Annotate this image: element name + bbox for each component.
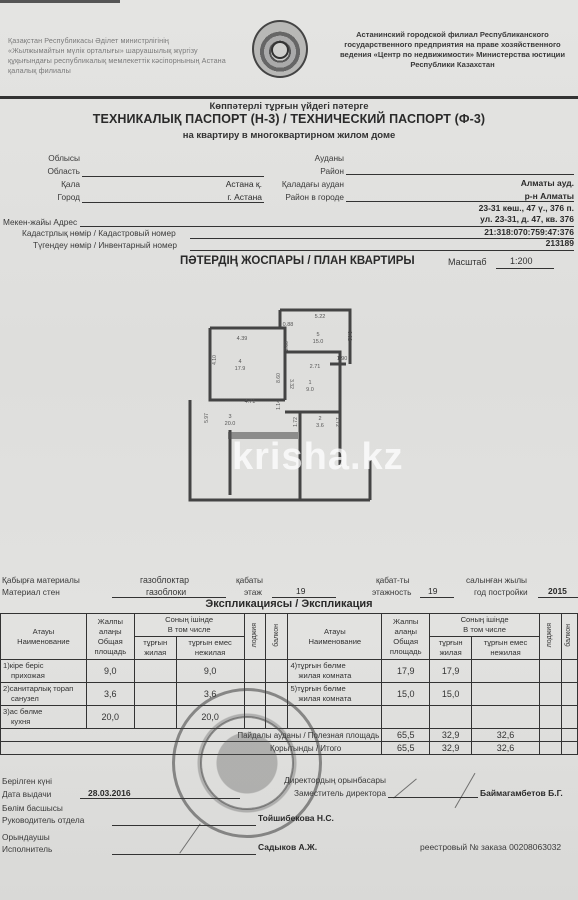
address-label: Мекен-жайы Адрес [3,217,77,227]
room-name-kz: 4)тұрғын бөлме [290,661,379,671]
deputy-signature-stroke [455,773,476,808]
room-name-kz: 2)санитарлық торап [3,684,84,694]
head-label-kz: Бөлім басшысы [2,803,63,813]
room-balcony [561,706,577,729]
deputy-label-ru: Заместитель директора [250,788,386,798]
col-name-2: Атауы Наименование [288,614,382,660]
head-name: Тойшибекова Н.С. [258,813,334,823]
document-title: ТЕХНИКАЛЫҚ ПАСПОРТ (Н-3) / ТЕХНИЧЕСКИЙ П… [0,112,578,126]
header-left-line: Қазақстан Республикасы Әділет министрліг… [8,36,238,46]
useful-area-total: 65,5 [382,729,430,742]
grand-total-total: 65,5 [382,742,430,755]
room-living [134,660,176,683]
svg-text:1.72: 1.72 [334,417,340,427]
top-edge-line [0,0,120,3]
svg-text:4: 4 [238,359,241,365]
scale-label: Масштаб [448,257,487,267]
room-name-ru: жилая комната [290,671,379,681]
explication-header-row: Атауы Наименование Жалпы алаңы Общая пло… [1,614,578,637]
svg-text:8.60: 8.60 [276,373,282,383]
col-including-2: Соның ішінде В том числе [430,614,540,637]
rayon-label-kz: Ауданы [280,153,344,163]
deputy-label-kz: Директордың орынбасары [250,775,386,785]
header-left-line: құқығындағы республикалық мемлекеттік кә… [8,56,238,76]
room-name-kz: 1)кіре беріс [3,661,84,671]
col-nonliving: тұрғын емес нежилая [176,637,244,660]
inventory-field-line [190,250,574,251]
header-balcony-text: балкон [272,624,282,647]
col-living-2: тұрғын жилая [430,637,472,660]
header-divider [0,96,578,99]
col-loggia: лоджия [244,614,266,660]
room-total: 9,0 [86,660,134,683]
header-right-line: Астанинский городской филиал Республикан… [330,30,575,40]
city-value-ru: г. Астана [200,192,262,202]
plan-title: ПӘТЕРДІҢ ЖОСПАРЫ / ПЛАН КВАРТИРЫ [180,255,415,267]
svg-text:15.0: 15.0 [313,339,324,345]
col-name: Атауы Наименование [1,614,87,660]
oblast-label-ru: Область [20,166,80,176]
header-right-line: ведения «Центр по недвижимости» Министер… [330,50,575,60]
city-label-kz: Қала [20,179,80,189]
header-including-text: Соның ішінде В том числе [461,615,509,634]
year-value: 2015 [548,586,567,596]
room-living [430,706,472,729]
head-label-ru: Руководитель отдела [2,815,84,825]
svg-text:2: 2 [318,416,321,422]
floor-label-ru: этаж [244,587,262,597]
svg-text:17.9: 17.9 [235,366,246,372]
room-nonliving [472,683,540,706]
room-balcony [561,683,577,706]
room-name: 5)тұрғын бөлмежилая комната [288,683,382,706]
executor-name: Садыков А.Ж. [258,842,317,852]
svg-text:3: 3 [228,414,231,420]
title-subtitle-kz: Көппәтерлі тұрғын үйдегі пәтерге [0,101,578,112]
header-balcony-text: балкон [564,624,574,647]
room-total [382,706,430,729]
room-total: 15,0 [382,683,430,706]
room-name: 3)ас бөлмекухня [1,706,87,729]
svg-text:4.71: 4.71 [245,399,256,405]
room-name-ru: санузел [3,694,84,704]
svg-text:4.10: 4.10 [212,355,218,365]
header-loggia-text: лоджия [250,623,260,647]
col-nonliving-2: тұрғын емес нежилая [472,637,540,660]
grand-total-nonliving: 32,6 [472,742,540,755]
svg-text:0.88: 0.88 [283,322,294,328]
room-name-kz: 5)тұрғын бөлме [290,684,379,694]
room-name: 2)санитарлық торапсанузел [1,683,87,706]
floors-total-label-kz: қабат-ты [376,575,410,585]
useful-area-nonliving: 32,6 [472,729,540,742]
room-loggia [539,660,561,683]
rayon-field-line [346,174,574,175]
rayon-label-ru: Район [280,166,344,176]
cadastral-value: 21:318:070:759:47:376 [400,227,574,237]
city-district-label-kz: Қаладағы аудан [260,179,344,189]
address-value-ru: ул. 23-31, д. 47, кв. 376 [400,214,574,224]
city-field-line [82,202,264,203]
header-living-text: тұрғын жилая [439,638,463,657]
empty-cell [561,742,577,755]
header-including-text: Соның ішінде В том числе [165,615,213,634]
room-balcony [561,660,577,683]
wall-material-label-ru: Материал стен [2,587,60,597]
deputy-name: Баймагамбетов Б.Г. [480,788,563,798]
room-name-kz: 3)ас бөлме [3,707,84,717]
city-district-value-ru: р-н Алматы [470,191,574,201]
city-district-value-kz: Алматы ауд. [470,178,574,188]
col-balcony-2: балкон [561,614,577,660]
svg-text:3.82: 3.82 [346,331,352,341]
svg-text:3.32: 3.32 [288,379,294,389]
inventory-value: 213189 [400,238,574,248]
svg-text:1.14: 1.14 [276,400,282,410]
issue-date-field-line [80,798,240,799]
issue-date-value: 28.03.2016 [88,788,131,798]
floor-value: 19 [296,586,305,596]
city-value-kz: Астана қ. [200,179,262,189]
technical-passport-document: Қазақстан Республикасы Әділет министрліг… [0,0,578,900]
header-right-line: государственного предприятия на праве хо… [330,40,575,50]
city-district-label-ru: Район в городе [260,192,344,202]
col-loggia-2: лоджия [539,614,561,660]
wall-material-value-ru: газоблоки [146,587,186,597]
address-value-kz: 23-31 көш., 47 ү., 376 п. [400,203,574,213]
header-left-org-kz: Қазақстан Республикасы Әділет министрліг… [8,36,238,76]
executor-signature [179,823,200,853]
header-right-line: Республики Казахстан [330,60,575,70]
room-loggia [539,683,561,706]
inventory-label: Түгендеу нөмір / Инвентарный номер [33,240,177,250]
title-subtitle-ru: на квартиру в многоквартирном жилом доме [0,130,578,141]
watermark: krisha.kz [232,436,404,479]
executor-signature-line [112,854,256,855]
room-nonliving [472,660,540,683]
order-number: реестровый № заказа 00208063032 [420,842,561,852]
room-name: 4)тұрғын бөлмежилая комната [288,660,382,683]
empty-cell [539,742,561,755]
room-living [134,683,176,706]
plan-dim: 5.22 [315,314,326,320]
city-label-ru: Город [20,192,80,202]
room-name: 1)кіре берісприхожая [1,660,87,683]
wall-material-value-kz: газоблоктар [140,575,189,585]
empty-cell [561,729,577,742]
empty-cell [539,729,561,742]
header-nonliving-text: тұрғын емес нежилая [188,638,232,657]
year-label-ru: год постройки [474,587,528,597]
svg-text:2.00: 2.00 [284,341,290,351]
room-living: 15,0 [430,683,472,706]
oblast-field-line [82,176,264,177]
header-total-text: Жалпы алаңы Общая площадь [390,617,422,656]
svg-text:3.6: 3.6 [316,423,324,429]
header-name-text: Атауы Наименование [17,627,70,646]
executor-label-kz: Орындаушы [2,832,50,842]
svg-text:9.0: 9.0 [306,387,314,393]
deputy-signature-line [388,797,478,798]
room-living: 17,9 [430,660,472,683]
header-nonliving-text: тұрғын емес нежилая [484,638,528,657]
year-label-kz: салынған жылы [466,575,527,585]
head-signature-line [112,825,256,826]
wall-material-label-kz: Қабырға материалы [2,575,80,585]
room-living [134,706,176,729]
scale-value: 1:200 [510,256,533,266]
col-living: тұрғын жилая [134,637,176,660]
svg-text:1: 1 [308,380,311,386]
header-name-text: Атауы Наименование [309,627,362,646]
header-loggia-text: лоджия [545,623,555,647]
oblast-label-kz: Облысы [20,153,80,163]
floors-total-value: 19 [428,586,437,596]
col-balcony: балкон [266,614,288,660]
header-total-text: Жалпы алаңы Общая площадь [94,617,126,656]
deputy-signature [393,778,417,798]
col-total-2: Жалпы алаңы Общая площадь [382,614,430,660]
state-emblem-center-icon [271,41,289,59]
executor-label-ru: Исполнитель [2,844,52,854]
header-left-line: «Жылжымайтын мүлік орталығы» шаруашылық … [8,46,238,56]
svg-text:5: 5 [316,332,319,338]
room-total: 20,0 [86,706,134,729]
col-including: Соның ішінде В том числе [134,614,244,637]
issue-date-label-ru: Дата выдачи [2,789,51,799]
room-name-ru: кухня [3,717,84,727]
useful-area-living: 32,9 [430,729,472,742]
svg-text:4.39: 4.39 [237,336,248,342]
room-balcony [266,660,288,683]
svg-text:1.72: 1.72 [293,417,299,427]
explication-title: Экспликациясы / Экспликация [0,598,578,610]
svg-text:5.97: 5.97 [204,413,210,423]
room-total: 3,6 [86,683,134,706]
svg-text:1.90: 1.90 [337,356,348,362]
city-district-field-line [346,201,574,202]
floors-total-label-ru: этажность [372,587,411,597]
grand-total-living: 32,9 [430,742,472,755]
room-loggia [539,706,561,729]
cadastral-label: Кадастрлық нөмір / Кадастровый номер [22,228,176,238]
header-right-org-ru: Астанинский городской филиал Республикан… [330,30,575,70]
room-nonliving [472,706,540,729]
header-living-text: тұрғын жилая [143,638,167,657]
table-row: 1)кіре берісприхожая 9,0 9,0 4)тұрғын бө… [1,660,578,683]
scale-field-line [496,268,554,269]
issue-date-label-kz: Берілген күні [2,776,52,786]
svg-text:2.71: 2.71 [310,364,321,370]
svg-text:20.0: 20.0 [225,421,236,427]
col-total: Жалпы алаңы Общая площадь [86,614,134,660]
floor-label-kz: қабаты [236,575,263,585]
room-total: 17,9 [382,660,430,683]
room-nonliving: 9,0 [176,660,244,683]
room-loggia [244,660,266,683]
room-name-ru: прихожая [3,671,84,681]
room-name-ru: жилая комната [290,694,379,704]
